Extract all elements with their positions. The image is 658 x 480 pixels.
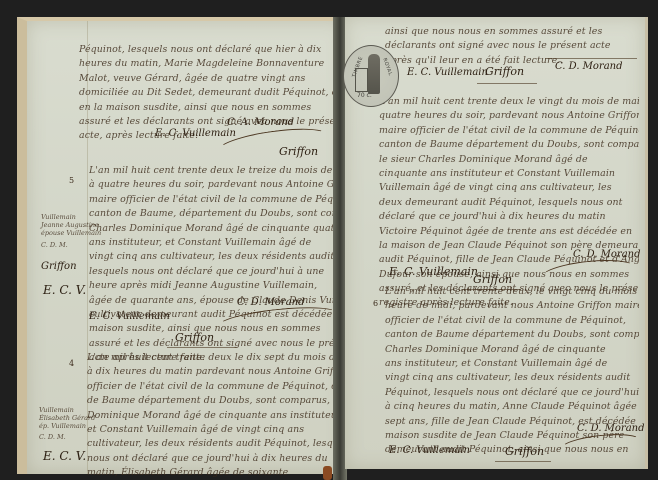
text-line: officier de l'état civil de la commune d… xyxy=(87,380,343,394)
signature-morand: C. D. Morand xyxy=(237,297,305,308)
signature-underline xyxy=(495,461,551,462)
signature-griffon: Griffon xyxy=(505,445,544,458)
text-line: à cinq heures du matin, Anne Claude Péqu… xyxy=(385,400,639,414)
text-line: Malot, veuve Gérard, âgée de quatre ving… xyxy=(79,72,341,86)
text-line: heure après midi Jeanne Augustine Vuille… xyxy=(89,279,343,293)
signature-morand: C. D. Morand xyxy=(573,249,641,260)
signature-griffon: Griffon xyxy=(175,331,214,344)
text-line: ainsi que nous nous en sommes assuré et … xyxy=(385,25,637,39)
text-line: Charles Dominique Morand âgé de cinquant… xyxy=(385,343,639,357)
text-line: de Baume département du Doubs, sont comp… xyxy=(87,394,343,408)
signature-vuillemain: E. C. Vuillemain xyxy=(389,445,470,456)
text-line: Péquinot, lesquels nous ont déclaré que … xyxy=(385,386,639,400)
text-line: assuré et les déclarants ont signé avec … xyxy=(89,337,343,351)
signature-vuillemain: E. C. Vuillemain xyxy=(89,311,170,322)
text-line: quatre heures du soir, pardevant nous An… xyxy=(379,109,639,123)
stamp-value: 70 c. xyxy=(357,92,372,99)
text-line: canton de Baume, département du Doubs, s… xyxy=(89,207,343,221)
text-line: nous ont déclaré que ce jourd'hui à dix … xyxy=(87,452,343,466)
text-line: déclaré que ce jourd'hui à dix heures du… xyxy=(379,210,639,224)
text-line: Victoire Péquinot âgée de trente ans est… xyxy=(379,225,639,239)
signature-vuillemain: E. C. Vuillemain xyxy=(155,128,236,139)
signature-underline xyxy=(545,58,637,59)
signature-griffon: Griffon xyxy=(485,65,524,78)
signature-underline xyxy=(167,347,237,348)
text-line: lesquels nous ont déclaré que ce jourd'h… xyxy=(89,265,343,279)
text-line: et Constant Vuillemain âgé de vingt cinq… xyxy=(87,423,343,437)
text-line: Charles Dominique Morand âgé de cinquant… xyxy=(89,222,343,236)
text-line: vingt cinq ans cultivateur, les deux rés… xyxy=(89,250,343,264)
entry-4-text: L'an mil huit cent trente deux le dix se… xyxy=(87,351,343,480)
text-line: en la maison susdite, ainsi que nous en … xyxy=(79,101,341,115)
signature-vuillemain: E. C. Vuillemain xyxy=(407,67,488,78)
text-line: matin, Élisabeth Gérard âgée de soixante xyxy=(87,466,343,480)
margin-mark-initials: E. C. V. xyxy=(43,283,86,297)
text-line: L'an mil huit cent trente deux le dix se… xyxy=(87,351,343,365)
text-line: cinquante ans instituteur et Constant Vu… xyxy=(379,167,639,181)
margin-note: Vuillemain Élisabeth Gérard ép. Vuillema… xyxy=(39,406,95,441)
text-line: Vuillemain âgé de vingt cinq ans cultiva… xyxy=(379,181,639,195)
stamp-allegory-figure-icon xyxy=(368,54,380,94)
text-line: heure de midi, pardevant nous Antoine Gr… xyxy=(385,299,639,313)
margin-note: Vuillemain Jeanne Augustine épouse Vuill… xyxy=(41,213,101,249)
signature-morand: C. D. Morand xyxy=(555,61,623,72)
text-line: deux demeurant audit Péquinot, lesquels … xyxy=(379,196,639,210)
text-line: Dominique Morand âgé de cinquante ans in… xyxy=(87,409,343,423)
entry-number: 6 xyxy=(373,299,378,308)
stamp-right-text: ROYAL xyxy=(381,57,393,76)
margin-mark-initials: E. C. V. xyxy=(43,449,86,463)
margin-mark-griffon: Griffon xyxy=(41,261,77,272)
signature-griffon: Griffon xyxy=(279,145,318,158)
signature-vuillemain: E. C. Vuillemain xyxy=(389,265,478,278)
text-line: domiciliée au Dit Sedet, demeurant dudit… xyxy=(79,86,341,100)
document-spread: Péquinot, lesquels nous ont déclaré que … xyxy=(0,0,658,480)
text-line: maire officier de l'état civil de la com… xyxy=(379,124,639,138)
text-line: à dix heures du matin pardevant nous Ant… xyxy=(87,365,343,379)
text-line: canton de Baume département du Doubs, so… xyxy=(379,138,639,152)
text-line: Péquinot, lesquels nous ont déclaré que … xyxy=(79,43,341,57)
entry-number: 4 xyxy=(69,359,74,368)
text-line: âgée de quarante ans, épouse de Claude D… xyxy=(89,294,343,308)
text-line: officier de l'état civil de la commune d… xyxy=(385,314,639,328)
entry-number: 5 xyxy=(69,176,74,185)
text-line: heures du matin, Marie Magdeleine Bonnav… xyxy=(79,57,341,71)
text-line: cultivateur, les deux résidents audit Pé… xyxy=(87,437,343,451)
text-line: canton de Baume département du Doubs, so… xyxy=(385,328,639,342)
signature-morand: C. D. Morand xyxy=(577,423,645,434)
left-page: Péquinot, lesquels nous ont déclaré que … xyxy=(17,17,345,474)
text-line: ans instituteur, et Constant Vuillemain … xyxy=(385,357,639,371)
signature-morand: C. A. Morand xyxy=(227,117,294,128)
text-line: L'an mil huit cent trente deux, le vingt… xyxy=(385,285,639,299)
text-line: à quatre heures du soir, pardevant nous … xyxy=(89,178,343,192)
entry-5-text: L'an mil huit cent trente deux le treize… xyxy=(89,164,343,365)
text-line: déclarants ont signé avec nous le présen… xyxy=(385,39,637,53)
text-line: le sieur Charles Dominique Morand âgé de xyxy=(379,153,639,167)
text-line: L'an mil huit cent trente deux le treize… xyxy=(89,164,343,178)
signature-underline xyxy=(477,83,537,84)
text-line: ans instituteur, et Constant Vuillemain … xyxy=(89,236,343,250)
binding-tab xyxy=(323,466,332,480)
stamp-altar-icon xyxy=(355,68,368,92)
text-line: vingt cinq ans cultivateur, les deux rés… xyxy=(385,371,639,385)
text-line: maire officier de l'état civil de la com… xyxy=(89,193,343,207)
text-line: L'an mil huit cent trente deux le vingt … xyxy=(379,95,639,109)
timbre-royal-stamp: TIMBRE ROYAL 70 c. xyxy=(343,45,399,107)
